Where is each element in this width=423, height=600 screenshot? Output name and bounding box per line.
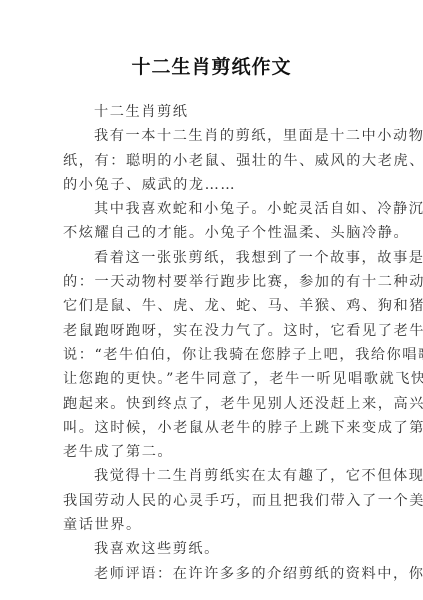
document-body: 十二生肖剪纸 我有一本十二生肖的剪纸，里面是十二中小动物的剪 纸，有：聪明的小老… — [63, 100, 353, 586]
text-line: 我喜欢这些剪纸。 — [63, 537, 353, 561]
text-line: 童话世界。 — [63, 513, 353, 537]
text-line: 我国劳动人民的心灵手巧，而且把我们带入了一个美丽的 — [63, 489, 353, 513]
text-line: 其中我喜欢蛇和小兔子。小蛇灵活自如、冷静沉着， — [63, 197, 353, 221]
text-line: 不炫耀自己的才能。小兔子个性温柔、头脑冷静。 — [63, 221, 353, 245]
subtitle-line: 十二生肖剪纸 — [63, 100, 353, 124]
text-line: 纸，有：聪明的小老鼠、强壮的牛、威风的大老虎、可爱 — [63, 149, 353, 173]
teacher-comment-line: 老师评语：在许许多多的介绍剪纸的资料中，你恰当 — [63, 562, 353, 586]
text-line: 的小兔子、威武的龙…… — [63, 173, 353, 197]
text-line: 叫。这时候，小老鼠从老牛的脖子上跳下来变成了第一， — [63, 416, 353, 440]
text-line: 让您跑的更快。”老牛同意了，老牛一听见唱歌就飞快的 — [63, 367, 353, 391]
document-title: 十二生肖剪纸作文 — [0, 52, 423, 79]
text-line: 看着这一张张剪纸，我想到了一个故事，故事是这样 — [63, 246, 353, 270]
text-line: 跑起来。快到终点了，老牛见别人还没赶上来，高兴的直 — [63, 392, 353, 416]
text-line: 我有一本十二生肖的剪纸，里面是十二中小动物的剪 — [63, 124, 353, 148]
text-line: 的：一天动物村要举行跑步比赛，参加的有十二种动物， — [63, 270, 353, 294]
text-line: 老牛成了第二。 — [63, 440, 353, 464]
text-line: 它们是鼠、牛、虎、龙、蛇、马、羊猴、鸡、狗和猪。小 — [63, 294, 353, 318]
text-line: 说：“老牛伯伯，你让我骑在您脖子上吧，我给你唱歌， — [63, 343, 353, 367]
text-line: 我觉得十二生肖剪纸实在太有趣了，它不但体现而来 — [63, 464, 353, 488]
text-line: 老鼠跑呀跑呀，实在没力气了。这时，它看见了老牛，就 — [63, 319, 353, 343]
